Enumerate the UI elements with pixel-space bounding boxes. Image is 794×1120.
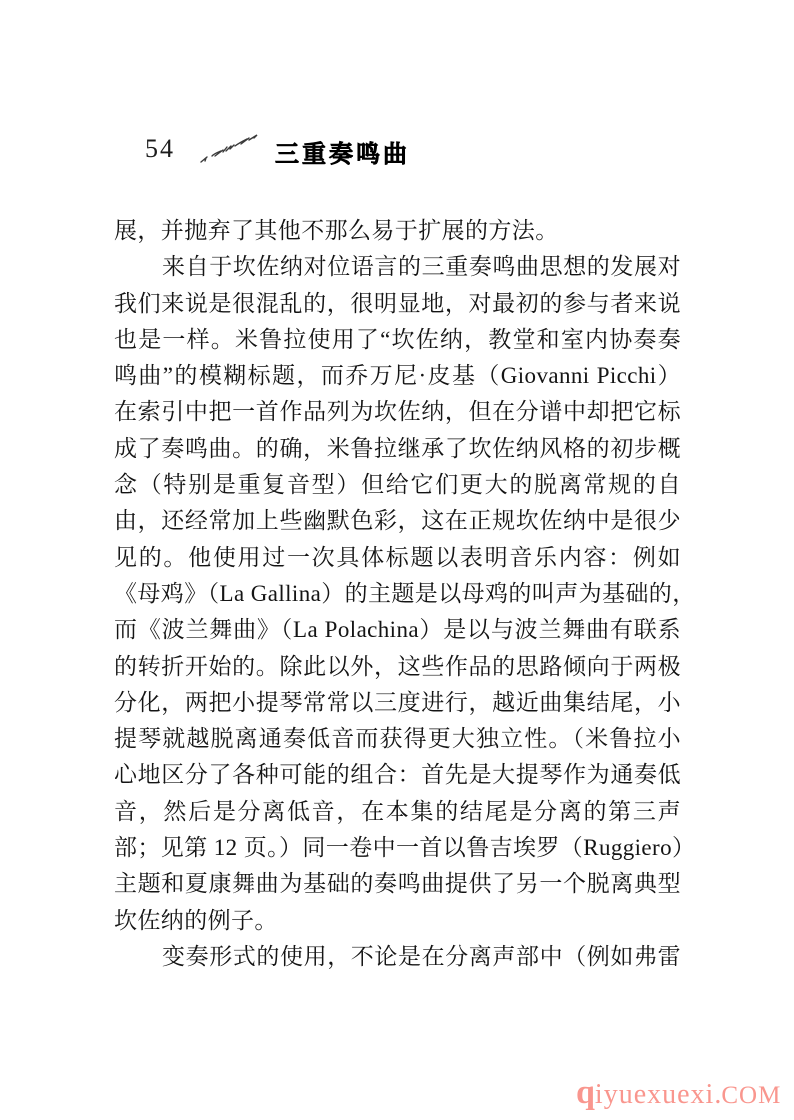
text-line: 念（特别是重复音型）但给它们更大的脱离常规的自: [114, 467, 681, 503]
text-line: 心地区分了各种可能的组合：首先是大提琴作为通奏低: [114, 757, 681, 793]
text-line: 见的。他使用过一次具体标题以表明音乐内容：例如: [114, 540, 681, 576]
watermark-url: qiyuexuexi.COM: [576, 1074, 781, 1112]
text-line: 提琴就越脱离通奏低音而获得更大独立性。（米鲁拉小: [114, 721, 681, 757]
text-line: 也是一样。米鲁拉使用了“坎佐纳，教堂和室内协奏奏: [114, 322, 681, 358]
text-line: 成了奏鸣曲。的确，米鲁拉继承了坎佐纳风格的初步概: [114, 431, 681, 467]
text-line: 主题和夏康舞曲为基础的奏鸣曲提供了另一个脱离典型: [114, 866, 681, 902]
text-line: 分化，两把小提琴常常以三度进行，越近曲集结尾，小: [114, 685, 681, 721]
text-line: 我们来说是很混乱的，很明显地，对最初的参与者来说: [114, 286, 681, 322]
text-line: 由，还经常加上些幽默色彩，这在正规坎佐纳中是很少: [114, 503, 681, 539]
text-line: 来自于坎佐纳对位语言的三重奏鸣曲思想的发展对: [114, 249, 681, 285]
text-line: 在索引中把一首作品列为坎佐纳，但在分谱中却把它标: [114, 394, 681, 430]
watermark-q: q: [576, 1074, 595, 1111]
running-head: 54 三重奏鸣曲: [145, 128, 734, 166]
text-line: 坎佐纳的例子。: [114, 903, 681, 939]
text-line: 《母鸡》（La Gallina）的主题是以母鸡的叫声为基础的，: [114, 576, 681, 612]
text-line: 的转折开始的。除此以外，这些作品的思路倾向于两极: [114, 649, 681, 685]
text-line: 展，并抛弃了其他不那么易于扩展的方法。: [114, 213, 681, 249]
watermark-name: iyuexuexi: [595, 1079, 714, 1110]
text-line: 变奏形式的使用，不论是在分离声部中（例如弗雷: [114, 939, 681, 975]
scanned-book-page: 54 三重奏鸣曲 展，并抛弃了其他不那么易于扩展的方法。来自于坎佐纳对位语言的三…: [0, 0, 794, 1120]
text-line: 鸣曲”的模糊标题，而乔万尼·皮基（Giovanni Picchi）: [114, 358, 681, 394]
watermark-tld: COM: [721, 1082, 781, 1109]
running-title: 三重奏鸣曲: [275, 134, 410, 169]
pen-scribble-mark: [197, 128, 263, 171]
text-line: 而《波兰舞曲》（La Polachina）是以与波兰舞曲有联系: [114, 612, 681, 648]
text-line: 音，然后是分离低音，在本集的结尾是分离的第三声: [114, 794, 681, 830]
text-line: 部；见第 12 页。）同一卷中一首以鲁吉埃罗（Ruggiero）: [114, 830, 681, 866]
body-text: 展，并抛弃了其他不那么易于扩展的方法。来自于坎佐纳对位语言的三重奏鸣曲思想的发展…: [114, 213, 681, 975]
page-number: 54: [145, 134, 175, 164]
